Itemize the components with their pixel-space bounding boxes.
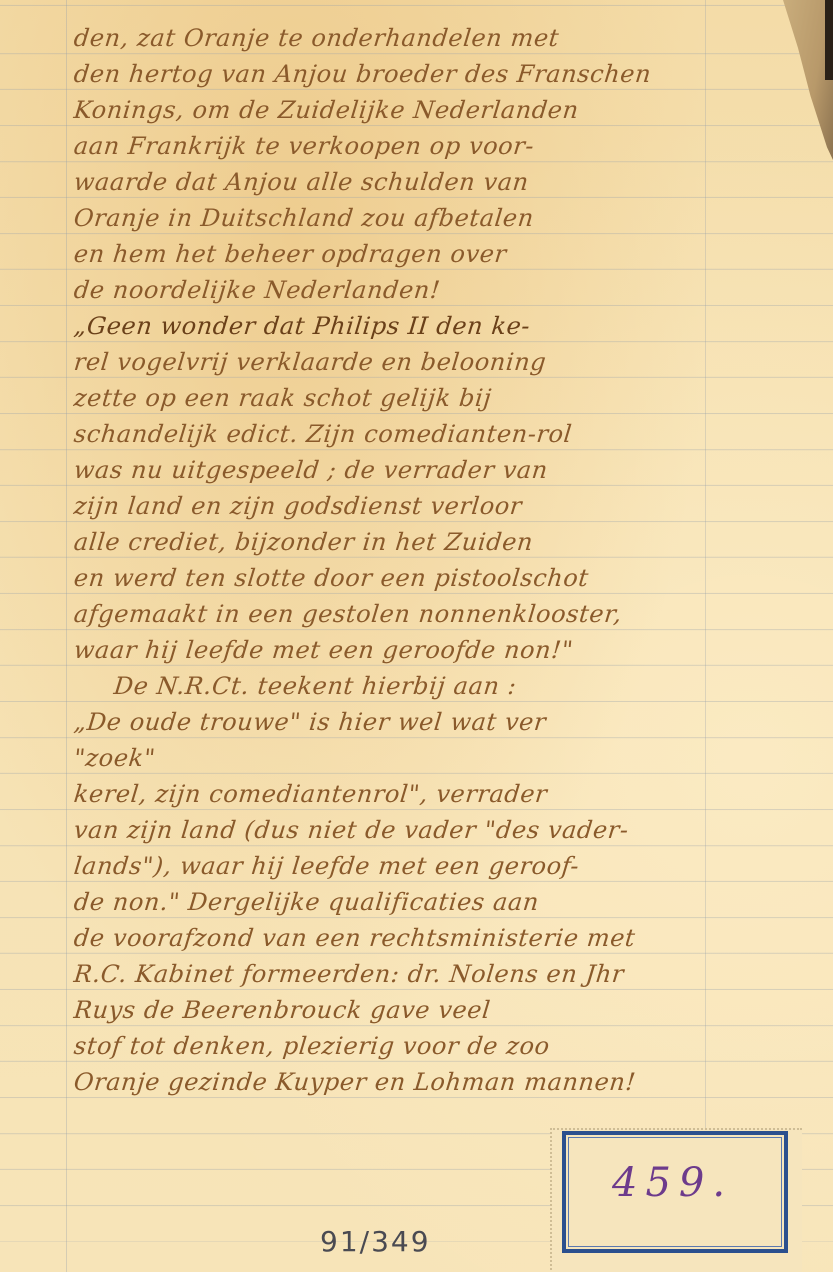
text-line: lands"), waar hij leefde met een geroof- xyxy=(72,848,796,884)
text-line: de voorafzond van een rechtsministerie m… xyxy=(72,920,796,956)
text-line: afgemaakt in een gestolen nonnenklooster… xyxy=(72,596,796,632)
text-line: Oranje gezinde Kuyper en Lohman mannen! xyxy=(72,1064,796,1100)
text-line: stof tot denken, plezierig voor de zoo xyxy=(72,1028,796,1064)
text-line: de noordelijke Nederlanden! xyxy=(72,272,796,308)
text-line: "zoek" xyxy=(72,740,796,776)
text-line: was nu uitgespeeld ; de verrader van xyxy=(72,452,796,488)
text-line: „Geen wonder dat Philips II den ke- xyxy=(72,308,796,344)
text-line: en werd ten slotte door een pistoolschot xyxy=(72,560,796,596)
text-line: waar hij leefde met een geroofde non!" xyxy=(72,632,796,668)
text-line: den, zat Oranje te onderhandelen met xyxy=(72,20,796,56)
text-line: aan Frankrijk te verkoopen op voor- xyxy=(72,128,796,164)
text-line: „De oude trouwe" is hier wel wat ver xyxy=(72,704,796,740)
text-line: Ruys de Beerenbrouck gave veel xyxy=(72,992,796,1028)
text-line: waarde dat Anjou alle schulden van xyxy=(72,164,796,200)
text-line: schandelijk edict. Zijn comedianten-rol xyxy=(72,416,796,452)
text-line: R.C. Kabinet formeerden: dr. Nolens en J… xyxy=(72,956,796,992)
text-line: de non." Dergelijke qualificaties aan xyxy=(72,884,796,920)
text-line: en hem het beheer opdragen over xyxy=(72,236,796,272)
text-line: zette op een raak schot gelijk bij xyxy=(72,380,796,416)
text-line: van zijn land (dus niet de vader "des va… xyxy=(72,812,796,848)
handwritten-text-block: den, zat Oranje te onderhandelen met den… xyxy=(74,20,794,1100)
text-line: De N.R.Ct. teekent hierbij aan : xyxy=(72,668,796,704)
text-line: kerel, zijn comediantenrol", verrader xyxy=(72,776,796,812)
text-line: den hertog van Anjou broeder des Fransch… xyxy=(72,56,796,92)
text-line: rel vogelvrij verklaarde en belooning xyxy=(72,344,796,380)
text-line: Oranje in Duitschland zou afbetalen xyxy=(72,200,796,236)
left-margin-line xyxy=(66,0,67,1272)
text-line: Konings, om de Zuidelijke Nederlanden xyxy=(72,92,796,128)
archive-label-number: 459. xyxy=(612,1160,733,1206)
text-line: alle crediet, bijzonder in het Zuiden xyxy=(72,524,796,560)
text-line: zijn land en zijn godsdienst verloor xyxy=(72,488,796,524)
folded-corner-shadow xyxy=(825,0,833,80)
archive-number-stamp: 91/349 xyxy=(320,1225,431,1258)
